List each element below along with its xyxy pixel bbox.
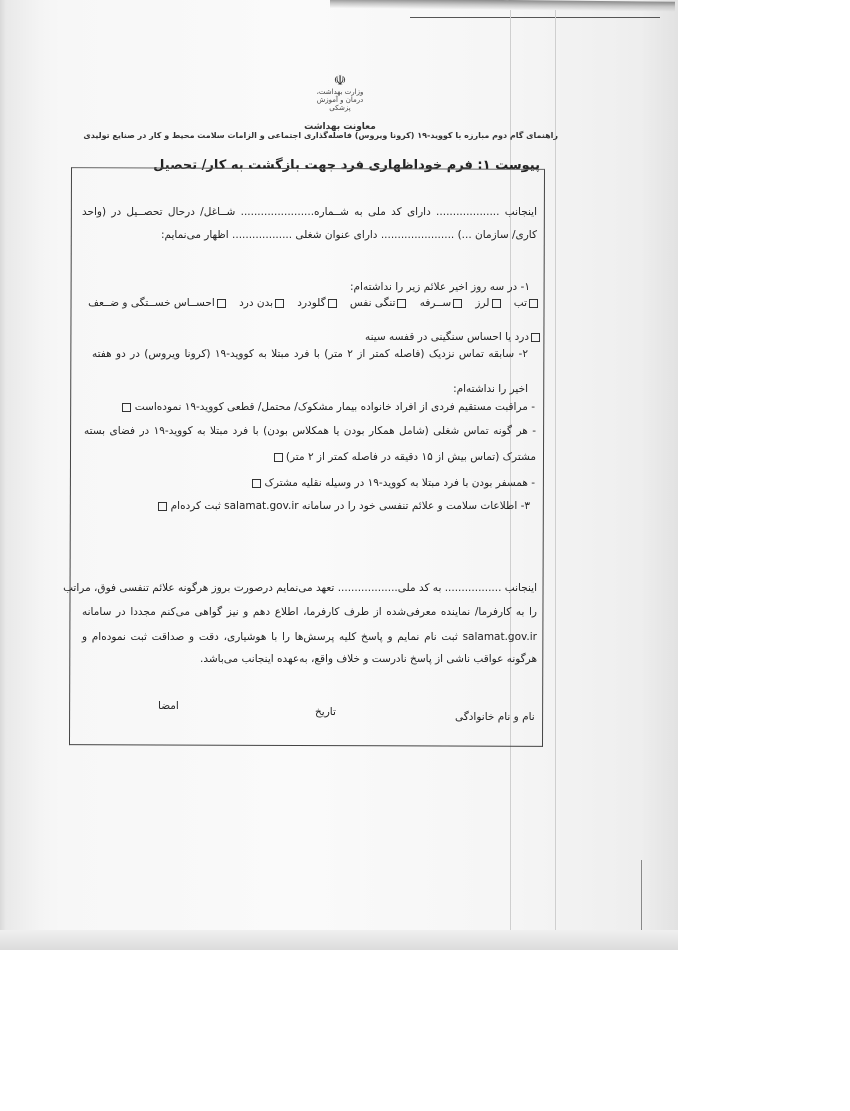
commitment-line-2: را به کارفرما/ نماینده معرفی‌شده از طرف …: [82, 606, 537, 618]
signature-label: امضا: [158, 700, 179, 712]
contact-item-work-1: - هر گونه تماس شغلی (شامل همکار بودن یا …: [84, 425, 536, 437]
intro-line-1: اینجانب ................... دارای کد ملی…: [82, 206, 537, 218]
header-rule: [410, 17, 660, 18]
checkbox[interactable]: [453, 299, 462, 308]
contact-item-travel[interactable]: - همسفر بودن با فرد مبتلا به کووید-۱۹ در…: [250, 477, 535, 489]
contact-item-family-care[interactable]: - مراقبت مستقیم فردی از افراد خانواده بی…: [125, 401, 535, 413]
iran-emblem-icon: ☫: [312, 74, 368, 88]
symptom-body-ache[interactable]: بدن درد: [239, 297, 284, 309]
commitment-line-4: هرگونه عواقب ناشی از پاسخ نادرست و خلاف …: [200, 653, 537, 665]
symptom-chills[interactable]: لرز: [475, 297, 500, 309]
section-3-registration[interactable]: ۳- اطلاعات سلامت و علائم تنفسی خود را در…: [140, 500, 530, 512]
section-2-heading-1: ۲- سابقه تماس نزدیک (فاصله کمتر از ۲ متر…: [92, 348, 528, 360]
fold-line: [555, 10, 556, 950]
checkbox[interactable]: [492, 299, 501, 308]
checkbox[interactable]: [397, 299, 406, 308]
checkbox[interactable]: [274, 453, 283, 462]
symptom-fever[interactable]: تب: [514, 297, 538, 309]
section-1-heading: ۱- در سه روز اخیر علائم زیر را نداشته‌ام…: [250, 281, 530, 293]
symptom-list: تب لرز ســرفه تنگی نفس گلودرد بدن درد اح…: [88, 297, 538, 309]
scanned-page: ☫ وزارت بهداشت، درمان و آموزش پزشکی معاو…: [0, 0, 678, 950]
date-label: تاریخ: [315, 706, 336, 718]
scan-edge-shadow: [330, 0, 675, 12]
intro-line-2: کاری/ سازمان ...) ......................…: [200, 229, 537, 241]
symptom-sore-throat[interactable]: گلودرد: [297, 297, 336, 309]
checkbox[interactable]: [158, 502, 167, 511]
checkbox[interactable]: [252, 479, 261, 488]
ministry-name: وزارت بهداشت، درمان و آموزش پزشکی: [312, 88, 368, 112]
symptom-chest-pain[interactable]: درد یا احساس سنگینی در قفسه سینه: [330, 331, 540, 343]
checkbox[interactable]: [529, 299, 538, 308]
ministry-logo: ☫ وزارت بهداشت، درمان و آموزش پزشکی: [312, 74, 368, 114]
contact-item-work-2[interactable]: مشترک (تماس بیش از ۱۵ دقیقه در فاصله کمت…: [270, 451, 536, 463]
margin-mark: [641, 860, 642, 935]
checkbox[interactable]: [328, 299, 337, 308]
checkbox[interactable]: [531, 333, 540, 342]
section-2-heading-2: اخیر را نداشته‌ام:: [400, 383, 528, 395]
symptom-cough[interactable]: ســرفه: [420, 297, 462, 309]
checkbox[interactable]: [275, 299, 284, 308]
checkbox[interactable]: [122, 403, 131, 412]
commitment-line-3: salamat.gov.ir ثبت نام نمایم و پاسخ کلیه…: [82, 631, 537, 643]
symptom-fatigue[interactable]: احســاس خســتگی و ضــعف: [88, 297, 226, 309]
guide-title: راهنمای گام دوم مبارزه با کووید-۱۹ (کرون…: [148, 131, 558, 140]
name-label: نام و نام خانوادگی: [455, 711, 535, 723]
symptom-shortness-of-breath[interactable]: تنگی نفس: [350, 297, 407, 309]
commitment-line-1: اینجانب ................. به کد ملی.....…: [82, 582, 537, 594]
scan-bottom-edge: [0, 930, 678, 950]
checkbox[interactable]: [217, 299, 226, 308]
